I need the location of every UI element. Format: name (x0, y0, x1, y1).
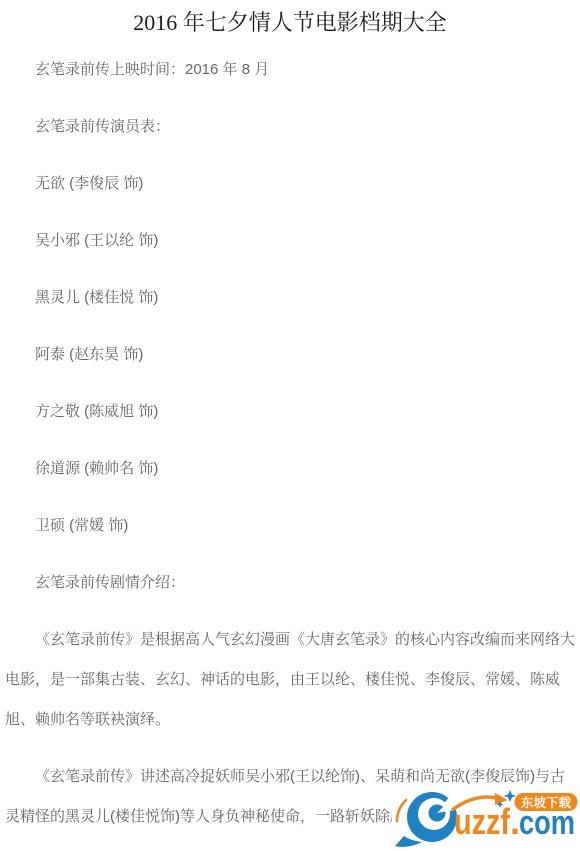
uzzf-watermark: uzzf . com 东坡下载 (392, 790, 580, 851)
article-page: 2016 年七夕情人节电影档期大全 玄笔录前传上映时间：2016 年 8 月 玄… (0, 0, 580, 837)
cast-line-7: 卫硕 (常媛 饰) (5, 506, 575, 546)
plot-paragraph-1: 《玄笔录前传》是根据高人气玄幻漫画《大唐玄笔录》的核心内容改编而来网络大电影，是… (5, 620, 575, 740)
download-badge-label: 东坡下载 (521, 795, 572, 810)
brand-text: uzzf (454, 801, 511, 842)
release-date-line: 玄笔录前传上映时间：2016 年 8 月 (5, 50, 575, 90)
cast-line-4: 阿泰 (赵东昊 饰) (5, 335, 575, 375)
cast-line-5: 方之敬 (陈威旭 饰) (5, 392, 575, 432)
plot-heading: 玄笔录前传剧情介绍： (5, 563, 575, 603)
download-badge: 东坡下载 (514, 793, 578, 812)
cast-line-1: 无欲 (李俊辰 饰) (5, 164, 575, 204)
cast-line-2: 吴小邪 (王以纶 饰) (5, 221, 575, 261)
cast-line-6: 徐道源 (赖帅名 饰) (5, 449, 575, 489)
cast-heading: 玄笔录前传演员表： (5, 107, 575, 147)
page-title: 2016 年七夕情人节电影档期大全 (5, 8, 575, 38)
cast-line-3: 黑灵儿 (楼佳悦 饰) (5, 278, 575, 318)
